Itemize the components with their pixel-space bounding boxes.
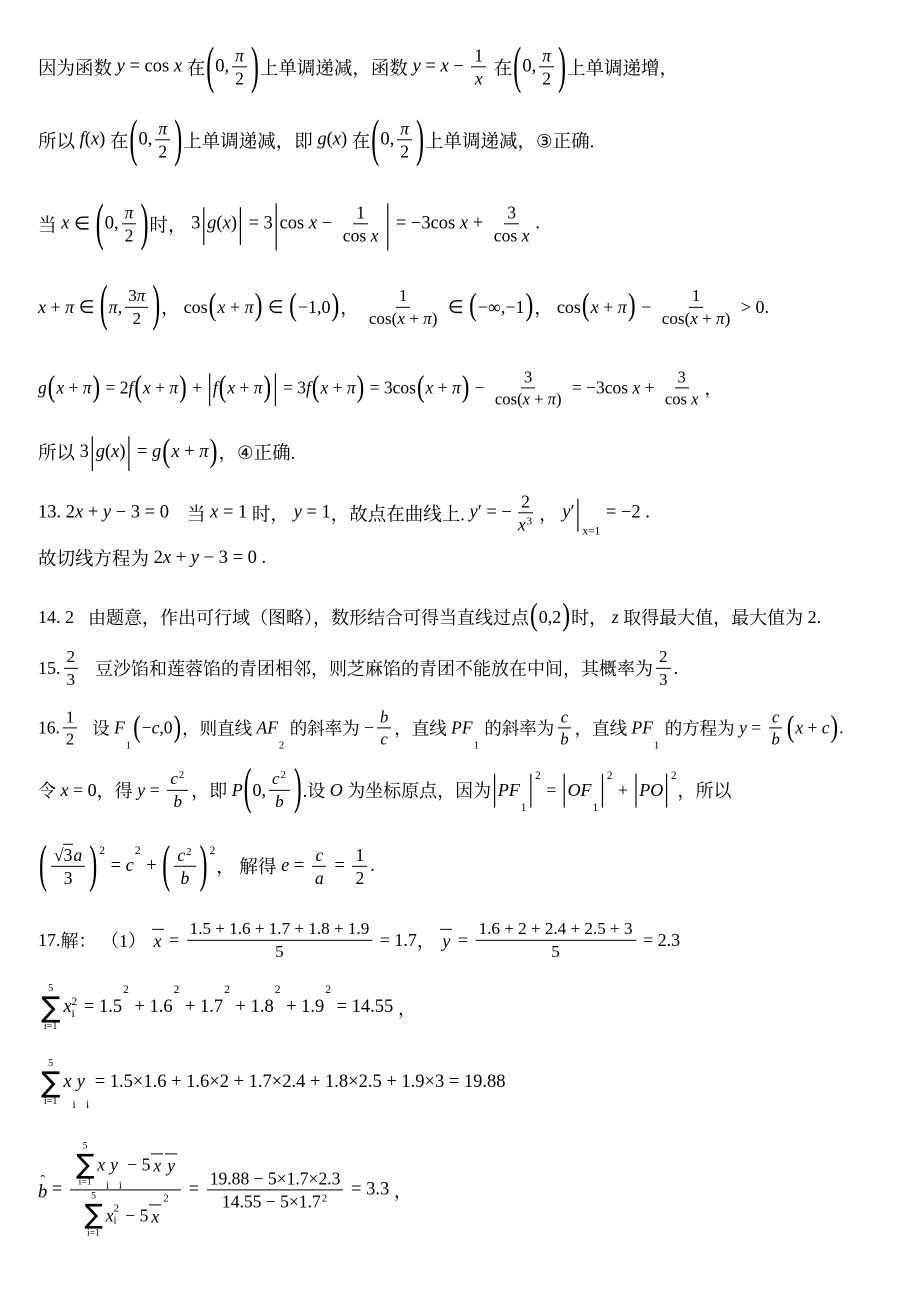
math-run: 2 (355, 868, 364, 888)
math-run: 2 (158, 142, 167, 162)
math-run: −∞,−1 (478, 297, 525, 318)
text-run: 因为函数 (38, 54, 117, 80)
math-run: − 5 (121, 1205, 148, 1225)
math-var: y (191, 548, 199, 569)
denominator: b (557, 729, 571, 749)
math-var: x (320, 378, 328, 399)
document-page: 因为函数 y = cos x 在(0,π2)上单调递减，函数 y = x − 1… (0, 0, 900, 1301)
fraction: π2 (232, 45, 247, 88)
big-paren: ( (787, 713, 795, 744)
math-run: 15. (38, 658, 61, 679)
math-run: 14. 2 (38, 607, 74, 628)
text-run: 上单调递减，③正确. (425, 127, 594, 153)
math-run: = 3cos (365, 378, 416, 399)
sum-lower-limit: i=1 (44, 1097, 58, 1108)
math-run: 17. (38, 930, 61, 951)
math-run: 0, (139, 130, 153, 151)
math-run: 19.88 − 5×1.7×2.3 (210, 1168, 341, 1188)
big-paren: ) (332, 291, 340, 323)
math-run: cos (343, 226, 371, 246)
text-run: 在 (182, 54, 205, 80)
math-run: ) (231, 214, 237, 235)
math-var: π (109, 297, 118, 318)
big-paren: ( (219, 373, 227, 404)
math-run: + (640, 378, 659, 399)
math-run: + 1.7 (180, 997, 223, 1018)
solution-line-g-expansion: g(x + π) = 2f(x + π) + |f(x + π)| = 3f(x… (38, 367, 722, 408)
big-bar: | (90, 433, 95, 471)
text-run: 时， (149, 211, 191, 237)
math-run: = (421, 57, 441, 78)
fraction: 1cos(x + π) (366, 286, 441, 328)
numerator: 1.5 + 1.6 + 1.7 + 1.8 + 1.9 (187, 919, 373, 941)
math-var: x (106, 1205, 114, 1225)
math-var: c (272, 769, 280, 789)
text-run: ， (394, 1177, 413, 1203)
fraction: 3cos x (491, 202, 533, 245)
math-run: 0, (522, 57, 536, 78)
math-var: y (167, 1156, 175, 1176)
math-run: 2 (235, 69, 244, 89)
math-run: = (132, 442, 152, 463)
text-run: 的斜率为 (285, 716, 364, 741)
superscript: 2 (281, 769, 286, 782)
fraction: c2b (269, 769, 290, 811)
math-run: 2 (132, 309, 141, 329)
math-var: π (137, 286, 146, 306)
math-var: π (548, 390, 556, 409)
radicand: 3 (63, 844, 74, 865)
math-run: + (171, 548, 191, 569)
denominator: cos x (662, 389, 702, 409)
big-paren: ) (255, 291, 263, 323)
denominator: b (768, 729, 782, 749)
math-run: 2 (154, 548, 163, 569)
numerator: 1 (471, 45, 486, 67)
big-paren: ) (264, 373, 272, 404)
math-var: y (110, 1155, 118, 1175)
math-run: + (405, 309, 423, 329)
math-var: y (469, 503, 477, 524)
math-var: π (400, 118, 409, 138)
math-run: + (433, 378, 452, 399)
math-var: π (158, 118, 167, 138)
answer-16-eccentricity-setup: 16.12设 F1(−c,0)，则直线 AF2 的斜率为 −bc，直线 PF1 … (38, 707, 844, 748)
summation: 5∑i=1 (84, 1192, 102, 1239)
sum-lower-limit: i=1 (87, 1228, 100, 1239)
math-run: − (142, 718, 152, 739)
fraction: 1cos x (340, 202, 382, 245)
subscript: 1 (593, 802, 599, 814)
denominator: 5∑i=1x2i − 5x2 (78, 1191, 172, 1239)
math-var: g (96, 442, 105, 463)
math-var: g (38, 378, 47, 399)
text-run: ， (534, 294, 557, 320)
big-paren: ) (140, 198, 148, 250)
big-bar: | (528, 771, 533, 808)
overline: x (151, 1154, 163, 1176)
text-run: .设 (303, 777, 330, 803)
numerator: 1 (352, 844, 367, 866)
big-paren: ( (417, 373, 425, 404)
fraction: 3π2 (125, 286, 148, 328)
math-var: b (275, 792, 284, 812)
denominator: 2 (352, 867, 367, 888)
text-run: 上单调递减，即 (183, 127, 317, 153)
math-var: y (294, 503, 302, 524)
big-paren: ) (210, 436, 218, 468)
math-run: + 1.6 (130, 997, 173, 1018)
math-run: 1.5 + 1.6 + 1.7 + 1.8 + 1.9 (190, 919, 370, 939)
denominator: 2 (63, 729, 77, 749)
math-run: + (803, 718, 822, 739)
math-var: π (347, 378, 356, 399)
big-bar: | (273, 370, 278, 406)
fraction: √3a3 (51, 844, 85, 888)
math-var: a (73, 844, 82, 864)
math-run: 1 (356, 202, 365, 222)
text-run: ，则直线 (182, 716, 256, 741)
big-bar: | (201, 204, 206, 245)
math-run: − 5 (123, 1155, 150, 1175)
numerator: c (312, 844, 326, 866)
math-run: + 1.8 (231, 997, 274, 1018)
math-run: = 1 (302, 503, 331, 524)
big-bar: | (492, 771, 497, 808)
fraction: 3cos(x + π) (492, 367, 565, 408)
math-var: π (254, 378, 263, 399)
math-run: − 3 = 0 . (199, 548, 266, 569)
math-var: x (61, 214, 69, 235)
superscript: 2 (210, 844, 216, 857)
denominator: x3 (515, 514, 536, 535)
denominator: b (170, 791, 185, 812)
math-run: . (674, 658, 679, 679)
fraction: 12 (63, 707, 77, 748)
solution-line-3g-abs: 当 x ∈ (0,π2)时， 3|g(x)| = 3|cos x − 1cos … (38, 202, 540, 245)
denominator: 2 (122, 225, 137, 246)
big-paren: ) (831, 713, 839, 744)
math-run: > 0. (736, 297, 769, 318)
math-var: x (143, 378, 151, 399)
answer-13-tangent-line: 故切线方程为 2x + y − 3 = 0 . (38, 545, 266, 571)
numerator: c2 (269, 769, 290, 791)
math-run: − (364, 718, 374, 739)
overline: y (165, 1154, 177, 1176)
big-paren: ) (200, 840, 208, 892)
math-run: + (64, 378, 83, 399)
math-run: 1 (692, 286, 701, 306)
math-run: 1 (355, 844, 364, 864)
subscript: x=1 (582, 526, 600, 538)
big-paren: ( (312, 373, 320, 404)
fraction: c2b (167, 769, 188, 811)
math-var: x (217, 297, 225, 318)
math-var: π (423, 309, 432, 329)
math-run: ∈ (443, 297, 468, 318)
text-run: 上单调递增， (567, 54, 678, 80)
denominator: b (178, 867, 193, 888)
math-var: x (460, 214, 468, 235)
math-run: ) (556, 390, 562, 409)
text-run: ，直线 (394, 716, 451, 741)
big-paren: ) (152, 282, 160, 332)
math-run: + (599, 297, 618, 318)
big-bar: | (385, 198, 390, 250)
math-run: 3 (128, 286, 137, 306)
numerator: π (397, 118, 412, 140)
math-run: cos (557, 297, 581, 318)
fraction: 5∑i=1xiyi − 5xy5∑i=1x2i − 5x2 (70, 1141, 181, 1238)
numerator: 2 (656, 647, 671, 669)
math-var: b (560, 730, 568, 749)
math-run: = (747, 718, 766, 739)
subscript: i (86, 1099, 89, 1111)
big-paren: ) (93, 373, 101, 404)
math-var: P (232, 780, 243, 801)
superscript: 2 (174, 983, 180, 996)
math-var: x (690, 309, 698, 329)
math-run: cos (369, 309, 392, 329)
math-var: x (591, 297, 599, 318)
text-run: ， 解得 (216, 853, 281, 879)
fraction: 23 (656, 647, 671, 689)
math-run: = 1.7 (375, 930, 417, 951)
math-run: ) (725, 309, 731, 329)
denominator: 5 (548, 941, 563, 962)
math-run: + (46, 297, 65, 318)
math-run: = 3 (279, 378, 306, 399)
solution-line-conclusion-4: 所以 3|g(x)| = g(x + π)，④正确. (38, 439, 295, 465)
answer-13-derivative: 13. 2x + y − 3 = 0当 x = 1 时， y = 1，故点在曲线… (38, 491, 650, 534)
denominator: 2 (539, 68, 554, 89)
superscript: 2 (535, 769, 541, 782)
math-var: π (452, 378, 461, 399)
math-run: = (165, 930, 184, 951)
math-run: 2 (521, 491, 530, 511)
text-run: 取得最大值，最大值为 (619, 604, 808, 630)
math-run: + 1.9 (281, 997, 324, 1018)
math-var: x (518, 515, 526, 535)
fraction: π2 (539, 45, 554, 88)
math-run: 1 (474, 45, 483, 65)
text-run: 所以 (38, 127, 80, 153)
big-paren: ) (251, 41, 259, 93)
math-var: x (38, 297, 46, 318)
math-var: x (154, 931, 162, 952)
big-paren: ( (206, 41, 214, 93)
answer-16-solve-e: (√3a3)2 = c2 + (c2b)2， 解得 e = ca = 12. (38, 844, 375, 888)
big-paren: ) (462, 373, 470, 404)
big-bar: | (127, 433, 132, 471)
math-var: c (822, 718, 830, 739)
math-run: − (637, 297, 656, 318)
math-run: 3 (507, 202, 516, 222)
big-paren: ( (134, 373, 142, 404)
math-var: x (632, 378, 640, 399)
math-run: ) (432, 309, 438, 329)
math-var: π (125, 202, 134, 222)
math-run: + (180, 442, 200, 463)
numerator: 2 (64, 647, 79, 669)
fraction: cb (557, 707, 571, 748)
math-var: x (111, 442, 119, 463)
math-var: b (173, 792, 182, 812)
numerator: 1.6 + 2 + 2.4 + 2.5 + 3 (476, 919, 636, 941)
math-var: a (315, 868, 324, 888)
big-paren: ( (513, 41, 521, 93)
text-run: 当 (38, 211, 61, 237)
math-var: PO (639, 780, 663, 801)
math-var: c (170, 769, 178, 789)
math-run: + (142, 856, 162, 877)
text-run: ，即 (191, 777, 232, 803)
big-paren: ) (628, 291, 636, 323)
big-bar: | (664, 771, 669, 808)
math-var: x (691, 390, 698, 409)
math-run: cos (184, 297, 208, 318)
big-bar: | (634, 771, 639, 808)
denominator: 3 (656, 669, 671, 690)
math-run: + (83, 503, 103, 524)
math-var: π (65, 297, 74, 318)
numerator: 1 (353, 202, 368, 224)
math-run: . (839, 718, 843, 739)
big-paren: ( (371, 114, 379, 166)
denominator: cos(x + π) (492, 389, 565, 409)
superscript: 2 (135, 844, 141, 857)
math-var: x (63, 1072, 71, 1093)
numerator: 1 (689, 286, 704, 308)
math-run: 2 (66, 730, 74, 749)
math-run: = (330, 856, 350, 877)
subscript: 1 (521, 802, 527, 814)
math-var: PF (632, 718, 653, 739)
math-run: cos (662, 309, 685, 329)
math-var: x (91, 130, 99, 151)
answer-17-sum-xi-squared: 5∑i=1x2i = 1.52 + 1.62 + 1.72 + 1.82 + 1… (38, 983, 416, 1033)
math-run: 3 (64, 868, 73, 888)
math-run: + (698, 309, 716, 329)
big-paren: ( (469, 291, 477, 323)
numerator: √3a (51, 844, 85, 867)
numerator: 5∑i=1xiyi − 5xy (70, 1141, 181, 1190)
math-var: π (199, 442, 208, 463)
denominator: 5 (272, 941, 287, 962)
summation: 5∑i=1 (41, 1058, 60, 1108)
numerator: 3 (675, 367, 689, 388)
math-run: 5 (551, 942, 560, 962)
math-run: 2 (659, 647, 668, 667)
math-run: ,0 (159, 718, 172, 739)
answer-17-sum-xiyi: 5∑i=1xiyi = 1.5×1.6 + 1.6×2 + 1.7×2.4 + … (38, 1058, 506, 1108)
math-var: x (426, 378, 434, 399)
big-paren: ( (48, 373, 56, 404)
math-var: y (739, 718, 747, 739)
math-run: 3 (524, 367, 532, 386)
text-run: ，故点在曲线上. (331, 500, 470, 526)
math-var: x (63, 997, 71, 1018)
text-run: 的方程为 (660, 716, 739, 741)
math-run: − (470, 378, 489, 399)
math-run: cos (280, 214, 309, 235)
math-run: 1 (399, 286, 408, 306)
sigma-icon: ∑ (76, 1152, 94, 1178)
math-run: − (449, 57, 469, 78)
big-paren: ( (96, 198, 104, 250)
math-var: x (309, 214, 317, 235)
math-run: . (535, 214, 540, 235)
big-bar: | (600, 771, 605, 808)
math-var: c (126, 856, 134, 877)
math-run: ′ (570, 503, 574, 524)
big-paren: ( (162, 436, 170, 468)
math-var: y (77, 1072, 85, 1093)
math-var: x (153, 1156, 161, 1176)
math-var: b (181, 868, 190, 888)
math-run: ′ = − (478, 503, 512, 524)
denominator: a (312, 867, 327, 888)
fraction: 1x (471, 45, 486, 88)
math-var: x (97, 1155, 105, 1175)
text-run: ， (539, 500, 562, 526)
overline: x (152, 929, 164, 952)
text-run: 时， (571, 604, 612, 630)
fraction: 1.5 + 1.6 + 1.7 + 1.8 + 1.95 (187, 919, 373, 961)
superscript: 2 (123, 983, 129, 996)
big-paren: ( (129, 114, 137, 166)
denominator: b (272, 791, 287, 812)
numerator: π (122, 202, 137, 224)
numerator: c (769, 707, 782, 728)
math-run: 1 (66, 707, 74, 726)
math-var: c (152, 718, 160, 739)
math-run: 3 (64, 845, 73, 865)
fraction: π2 (122, 202, 137, 245)
math-var: PF (498, 780, 520, 801)
math-var: y (117, 57, 125, 78)
fraction: 19.88 − 5×1.7×2.314.55 − 5×1.72 (207, 1168, 344, 1211)
math-run: 0, (215, 57, 229, 78)
superscript: 2 (607, 769, 613, 782)
math-var: y (413, 57, 421, 78)
math-var: x (333, 130, 341, 151)
math-run: −1,0 (298, 297, 331, 318)
numerator: π (155, 118, 170, 140)
denominator: 3 (64, 669, 79, 690)
fraction: bc (377, 707, 391, 748)
sup-sub-stack: 2i (113, 1204, 118, 1227)
numerator: π (539, 45, 554, 67)
numerator: c (558, 707, 571, 728)
big-bar: | (562, 771, 567, 808)
math-run: = (184, 1180, 204, 1201)
math-run: , (118, 297, 123, 318)
math-var: y (103, 503, 111, 524)
math-run: 3 (67, 670, 76, 690)
math-var: AF (257, 718, 278, 739)
denominator: cos(x + π) (366, 308, 441, 329)
text-run: ， (340, 294, 363, 320)
denominator: 2 (397, 141, 412, 162)
math-run: = 1.5 (79, 997, 122, 1018)
math-var: x (56, 378, 64, 399)
math-run: + (188, 378, 207, 399)
math-var: y (562, 503, 570, 524)
math-run: + (613, 780, 632, 801)
big-paren: ) (357, 373, 365, 404)
math-run: = 3.3 (346, 1180, 393, 1201)
